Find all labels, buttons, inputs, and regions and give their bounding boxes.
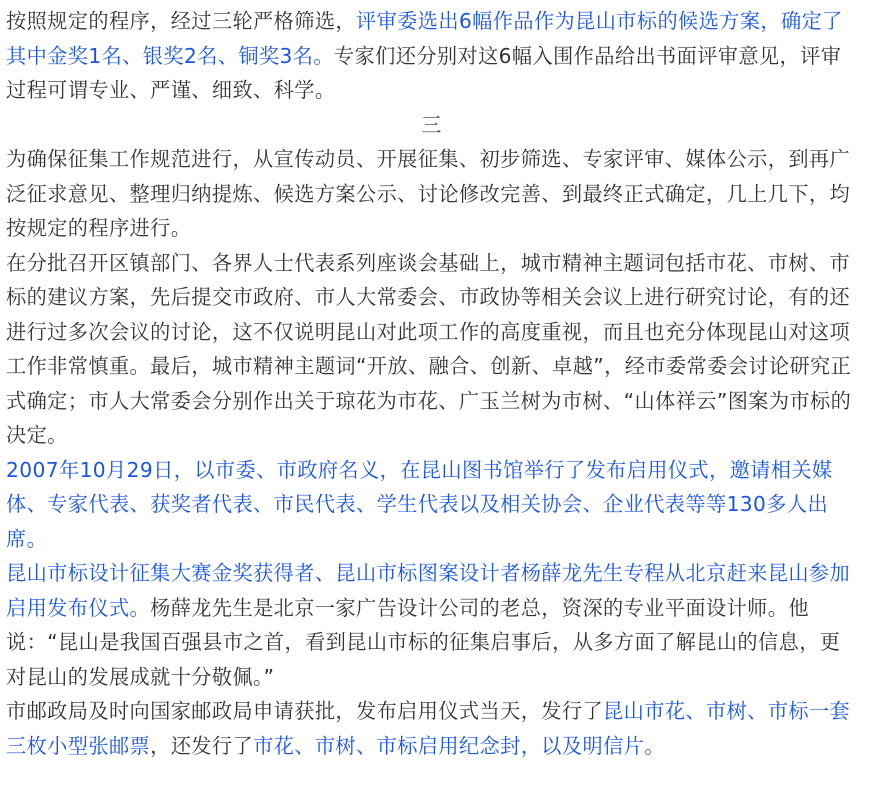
section-heading-three: 三 <box>6 108 857 143</box>
paragraph-launch-ceremony: 2007年10月29日，以市委、市政府名义，在昆山图书馆举行了发布启用仪式，邀请… <box>6 453 857 557</box>
article-text: 按照规定的程序，经过三轮严格筛选， <box>6 9 356 33</box>
article-text: 市邮政局及时向国家邮政局申请获批，发布启用仪式当天，发行了 <box>6 699 603 723</box>
article-link[interactable]: 2007年10月29日，以市委、市政府名义，在昆山图书馆举行了发布启用仪式，邀请… <box>6 458 833 551</box>
article-text: 在分批召开区镇部门、各界人士代表系列座谈会基础上，城市精神主题词包括市花、市树、… <box>6 251 851 448</box>
paragraph-designer-quote: 昆山市标设计征集大赛金奖获得者、昆山市标图案设计者杨薛龙先生专程从北京赶来昆山参… <box>6 556 857 694</box>
paragraph-stamps-issue: 市邮政局及时向国家邮政局申请获批，发布启用仪式当天，发行了昆山市花、市树、市标一… <box>6 694 857 763</box>
paragraph-procedure: 为确保征集工作规范进行，从宣传动员、开展征集、初步筛选、专家评审、媒体公示，到再… <box>6 142 857 246</box>
paragraph-discussion-decision: 在分批召开区镇部门、各界人士代表系列座谈会基础上，城市精神主题词包括市花、市树、… <box>6 246 857 453</box>
article-link[interactable]: 市花、市树、市标启用纪念封，以及明信片。 <box>253 734 665 758</box>
article-text: 三 <box>421 113 442 137</box>
article-text: ，还发行了 <box>150 734 253 758</box>
paragraph-selection-result: 按照规定的程序，经过三轮严格筛选，评审委选出6幅作品作为昆山市标的候选方案，确定… <box>6 4 857 108</box>
article-body: 按照规定的程序，经过三轮严格筛选，评审委选出6幅作品作为昆山市标的候选方案，确定… <box>0 0 869 763</box>
article-text: 为确保征集工作规范进行，从宣传动员、开展征集、初步筛选、专家评审、媒体公示，到再… <box>6 147 850 240</box>
